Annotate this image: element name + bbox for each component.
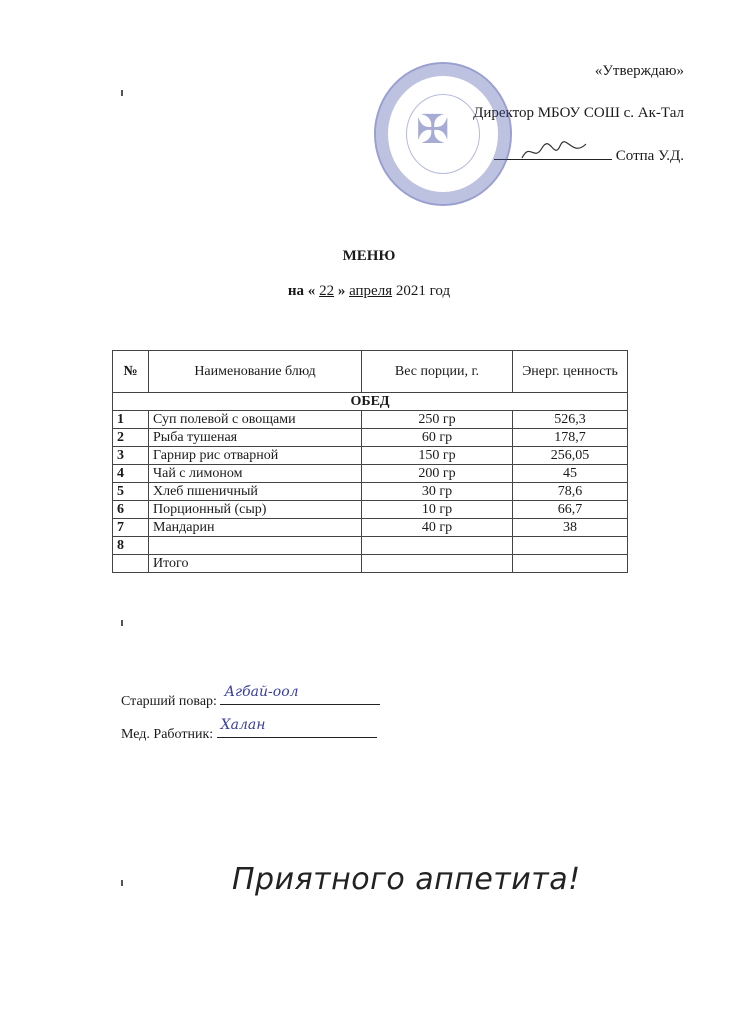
dish-energy: 178,7 (513, 429, 628, 447)
row-number: 3 (113, 447, 149, 465)
table-row: 2Рыба тушеная60 гр178,7 (113, 429, 628, 447)
row-number: 8 (113, 537, 149, 555)
dish-name: Гарнир рис отварной (149, 447, 362, 465)
medic-signature-line: Мед. Работник: Халан (121, 723, 377, 743)
dish-weight: 40 гр (362, 519, 513, 537)
date-day: 22 (319, 283, 334, 299)
date-year: 2021 год (396, 283, 450, 299)
row-number: 1 (113, 411, 149, 429)
menu-title: МЕНЮ (0, 248, 738, 265)
director-signature-icon (520, 140, 590, 162)
dish-name: Рыба тушеная (149, 429, 362, 447)
col-header-number: № (113, 351, 149, 393)
cook-signature: Агбай-оол (224, 684, 298, 700)
date-month: апреля (349, 283, 392, 299)
cook-signature-line: Старший повар: Агбай-оол (121, 690, 380, 710)
dish-energy: 38 (513, 519, 628, 537)
dish-weight: 150 гр (362, 447, 513, 465)
date-mid: » (338, 283, 346, 299)
dish-weight: 200 гр (362, 465, 513, 483)
col-header-dish: Наименование блюд (149, 351, 362, 393)
menu-date: на « 22 » апреля 2021 год (0, 283, 738, 300)
row-number: 2 (113, 429, 149, 447)
dish-name: Мандарин (149, 519, 362, 537)
dish-energy (513, 555, 628, 573)
dish-name: Порционный (сыр) (149, 501, 362, 519)
dish-energy: 256,05 (513, 447, 628, 465)
dish-weight: 10 гр (362, 501, 513, 519)
cook-label: Старший повар: (121, 694, 217, 709)
medic-signature-field: Халан (217, 723, 377, 738)
section-row: ОБЕД (113, 393, 628, 411)
dish-name: Хлеб пшеничный (149, 483, 362, 501)
scan-mark (121, 90, 123, 96)
date-prefix: на « (288, 283, 315, 299)
table-row: 8 (113, 537, 628, 555)
scan-mark (121, 620, 123, 626)
dish-name (149, 537, 362, 555)
row-number: 4 (113, 465, 149, 483)
col-header-energy: Энерг. ценность (513, 351, 628, 393)
dish-name: Итого (149, 555, 362, 573)
row-number: 5 (113, 483, 149, 501)
dish-weight (362, 537, 513, 555)
approval-title: «Утверждаю» (595, 64, 684, 79)
row-number: 6 (113, 501, 149, 519)
table-row: Итого (113, 555, 628, 573)
table-row: 5Хлеб пшеничный30 гр78,6 (113, 483, 628, 501)
section-title: ОБЕД (113, 393, 628, 411)
menu-table: № Наименование блюд Вес порции, г. Энерг… (112, 350, 628, 573)
medic-signature: Халан (221, 717, 266, 733)
dish-energy (513, 537, 628, 555)
scan-mark (121, 880, 123, 886)
medic-label: Мед. Работник: (121, 727, 213, 742)
eagle-emblem-icon: ✠ (416, 106, 450, 153)
table-row: 7Мандарин40 гр38 (113, 519, 628, 537)
table-header-row: № Наименование блюд Вес порции, г. Энерг… (113, 351, 628, 393)
official-stamp-icon: ✠ (374, 62, 512, 206)
dish-energy: 78,6 (513, 483, 628, 501)
table-row: 6Порционный (сыр)10 гр66,7 (113, 501, 628, 519)
signatory-name: Сотпа У.Д. (616, 148, 684, 164)
cook-signature-field: Агбай-оол (220, 690, 380, 705)
row-number (113, 555, 149, 573)
dish-energy: 526,3 (513, 411, 628, 429)
dish-name: Чай с лимоном (149, 465, 362, 483)
footer-wish: Приятного аппетита! (232, 862, 581, 897)
table-row: 4Чай с лимоном200 гр45 (113, 465, 628, 483)
dish-weight: 30 гр (362, 483, 513, 501)
col-header-weight: Вес порции, г. (362, 351, 513, 393)
dish-weight: 60 гр (362, 429, 513, 447)
dish-energy: 66,7 (513, 501, 628, 519)
dish-weight: 250 гр (362, 411, 513, 429)
table-row: 3Гарнир рис отварной150 гр256,05 (113, 447, 628, 465)
table-row: 1Суп полевой с овощами250 гр526,3 (113, 411, 628, 429)
row-number: 7 (113, 519, 149, 537)
dish-weight (362, 555, 513, 573)
dish-energy: 45 (513, 465, 628, 483)
dish-name: Суп полевой с овощами (149, 411, 362, 429)
